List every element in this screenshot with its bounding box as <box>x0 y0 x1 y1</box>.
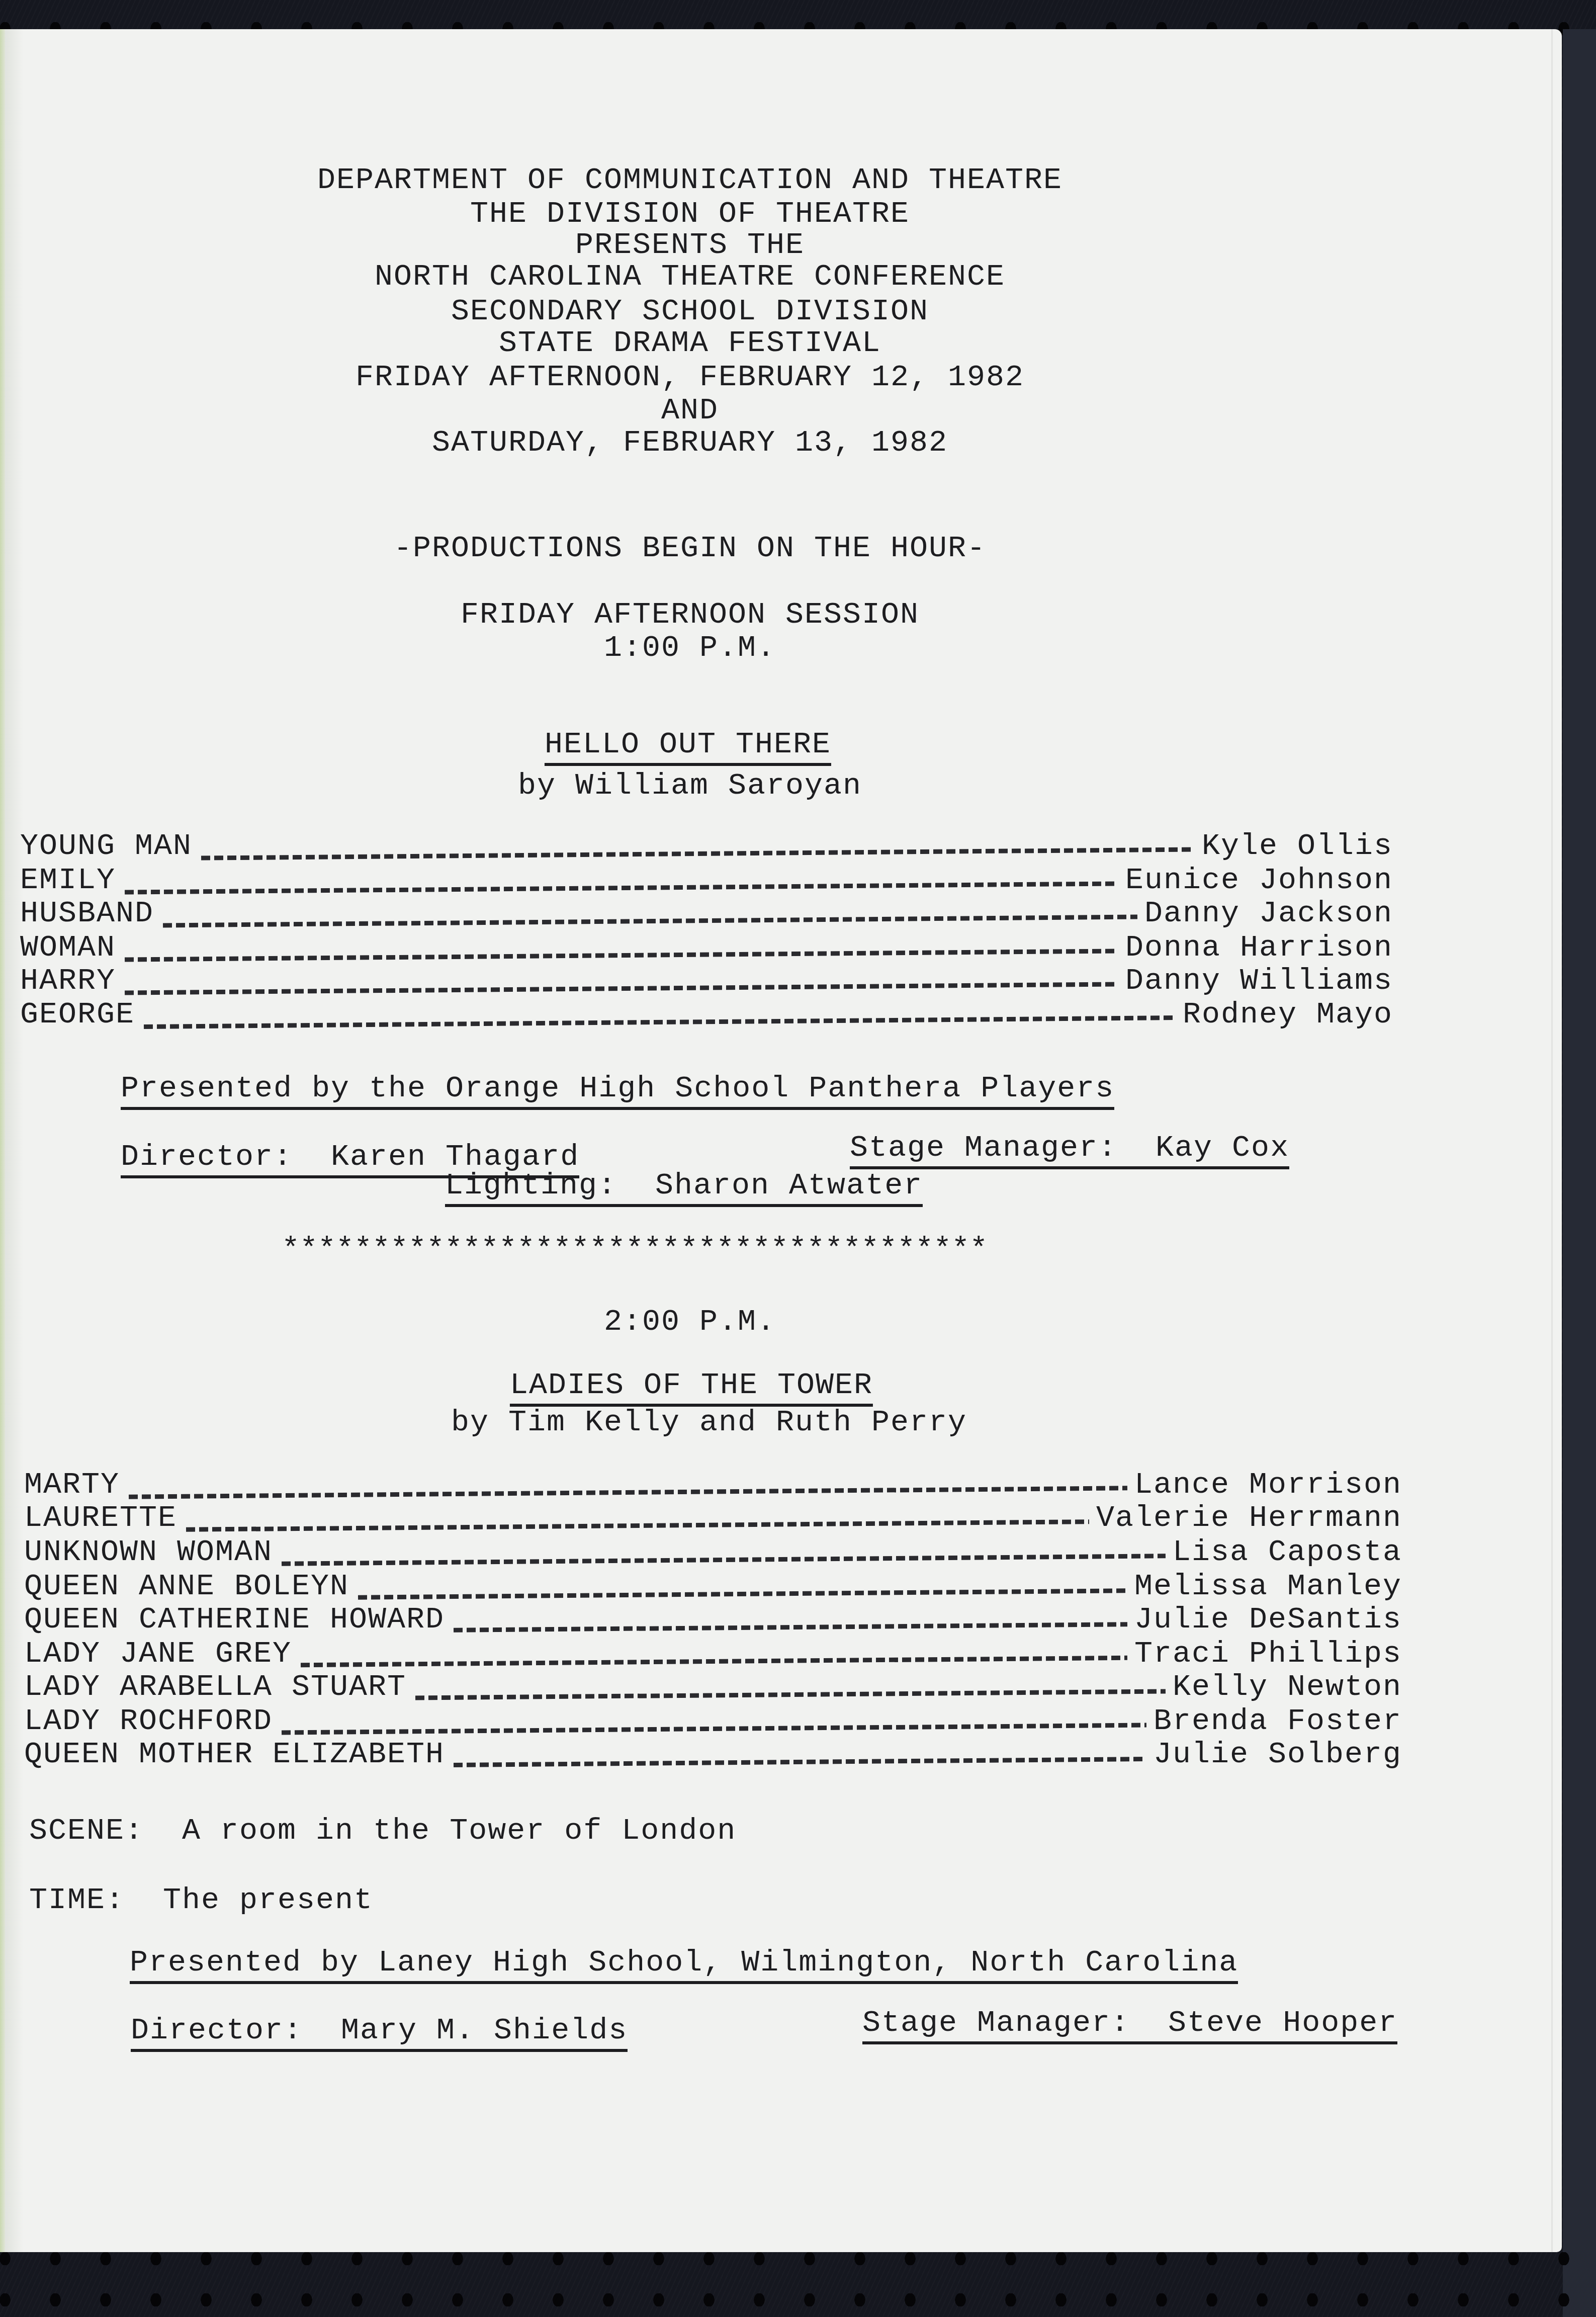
cast-actor: Eunice Johnson <box>1125 864 1393 897</box>
header-line-presents: PRESENTS THE <box>575 229 805 262</box>
cast-actor: Kelly Newton <box>1173 1671 1402 1704</box>
cast-actor: Rodney Mayo <box>1183 998 1393 1032</box>
leader-dots <box>454 1757 1146 1767</box>
play2-presented-by: Presented by Laney High School, Wilmingt… <box>130 1946 1238 1984</box>
cast-role: WOMAN <box>20 931 116 965</box>
session-heading: FRIDAY AFTERNOON SESSION <box>461 598 919 632</box>
cast-role: LADY ROCHFORD <box>24 1705 273 1738</box>
cast-actor: Brenda Foster <box>1154 1705 1402 1738</box>
cast-row: HARRY Danny Williams <box>20 965 1393 998</box>
play2-time-setting: TIME: The present <box>29 1884 373 1917</box>
page-rim <box>1551 29 1553 2252</box>
cast-actor: Lance Morrison <box>1134 1469 1402 1502</box>
cast-actor: Melissa Manley <box>1134 1570 1402 1603</box>
binder-holes-bottom <box>0 2252 1596 2265</box>
play2-author: by Tim Kelly and Ruth Perry <box>451 1406 967 1439</box>
leader-dots <box>125 949 1118 962</box>
cast-role: GEORGE <box>20 998 135 1032</box>
cast-actor: Donna Harrison <box>1125 931 1393 965</box>
header-line-and: AND <box>661 394 719 427</box>
leader-dots <box>358 1588 1127 1599</box>
cast-row: UNKNOWN WOMAN Lisa Caposta <box>24 1536 1402 1569</box>
leader-dots <box>144 1015 1176 1029</box>
cast-role: UNKNOWN WOMAN <box>24 1536 273 1569</box>
header-line-friday-date: FRIDAY AFTERNOON, FEBRUARY 12, 1982 <box>356 361 1024 394</box>
header-line-conference: NORTH CAROLINA THEATRE CONFERENCE <box>375 261 1005 294</box>
leader-dots <box>125 881 1118 894</box>
play1-title: HELLO OUT THERE <box>545 728 831 766</box>
leader-dots <box>163 915 1137 928</box>
cast-row: YOUNG MAN Kyle Ollis <box>20 830 1393 863</box>
cast-row: WOMAN Donna Harrison <box>20 931 1393 965</box>
section-separator: *************************************** <box>282 1233 988 1266</box>
cast-row: LADY ROCHFORD Brenda Foster <box>24 1705 1402 1738</box>
header-line-division: THE DIVISION OF THEATRE <box>470 198 910 231</box>
cast-row: GEORGE Rodney Mayo <box>20 998 1393 1032</box>
header-line-festival: STATE DRAMA FESTIVAL <box>499 327 881 360</box>
cast-role: LADY ARABELLA STUART <box>24 1671 406 1704</box>
cast-actor: Lisa Caposta <box>1173 1536 1402 1569</box>
cast-role: YOUNG MAN <box>20 830 192 863</box>
cast-actor: Julie Solberg <box>1154 1738 1402 1771</box>
leader-dots <box>201 847 1195 860</box>
cast-role: QUEEN ANNE BOLEYN <box>24 1570 349 1603</box>
binder-spine <box>1563 29 1596 2317</box>
cast-role: QUEEN MOTHER ELIZABETH <box>24 1738 445 1771</box>
header-line-secondary: SECONDARY SCHOOL DIVISION <box>451 295 929 328</box>
cast-row: QUEEN CATHERINE HOWARD Julie DeSantis <box>24 1603 1402 1637</box>
leader-dots <box>415 1689 1166 1700</box>
header-line-saturday-date: SATURDAY, FEBRUARY 13, 1982 <box>432 426 948 460</box>
page-left-edge <box>0 29 5 2252</box>
cast-row: HUSBAND Danny Jackson <box>20 897 1393 930</box>
leader-dots <box>129 1486 1127 1499</box>
leader-dots <box>125 982 1118 995</box>
productions-notice: -PRODUCTIONS BEGIN ON THE HOUR- <box>394 532 986 565</box>
cast-row: LADY JANE GREY Traci Phillips <box>24 1638 1402 1671</box>
cast-role: LADY JANE GREY <box>24 1638 292 1671</box>
cast-row: LADY ARABELLA STUART Kelly Newton <box>24 1671 1402 1704</box>
cast-row: LAURETTE Valerie Herrmann <box>24 1502 1402 1535</box>
cast-role: HUSBAND <box>20 897 154 930</box>
leader-dots <box>282 1554 1166 1566</box>
header-line-department: DEPARTMENT OF COMMUNICATION AND THEATRE <box>317 164 1062 197</box>
play1-author: by William Saroyan <box>518 769 862 803</box>
play1-stage-manager: Stage Manager: Kay Cox <box>850 1131 1289 1169</box>
leader-dots <box>301 1656 1127 1667</box>
play2-stage-manager: Stage Manager: Steve Hooper <box>862 2006 1397 2044</box>
cast-actor: Julie DeSantis <box>1134 1603 1402 1637</box>
cast-actor: Danny Williams <box>1125 965 1393 998</box>
page-shadow <box>5 29 23 2252</box>
cast-row: EMILY Eunice Johnson <box>20 864 1393 897</box>
cast-actor: Danny Jackson <box>1144 897 1393 930</box>
play1-presented-by: Presented by the Orange High School Pant… <box>121 1072 1114 1110</box>
play2-director: Director: Mary M. Shields <box>131 2014 628 2052</box>
cast-role: QUEEN CATHERINE HOWARD <box>24 1603 445 1637</box>
cast-row: MARTY Lance Morrison <box>24 1469 1402 1502</box>
play2-time: 2:00 P.M. <box>604 1306 776 1339</box>
cast-role: LAURETTE <box>24 1502 177 1535</box>
leader-dots <box>282 1723 1146 1735</box>
leader-dots <box>186 1519 1089 1532</box>
cast-role: MARTY <box>24 1469 120 1502</box>
play1-time: 1:00 P.M. <box>604 632 776 665</box>
binder-holes-bottom-row2 <box>0 2293 1596 2306</box>
leader-dots <box>454 1622 1127 1633</box>
cast-row: QUEEN MOTHER ELIZABETH Julie Solberg <box>24 1738 1402 1771</box>
cast-row: QUEEN ANNE BOLEYN Melissa Manley <box>24 1570 1402 1603</box>
cast-role: HARRY <box>20 965 116 998</box>
play2-title: LADIES OF THE TOWER <box>510 1368 873 1407</box>
play2-scene: SCENE: A room in the Tower of London <box>29 1815 736 1848</box>
cast-actor: Traci Phillips <box>1134 1638 1402 1671</box>
cast-role: EMILY <box>20 864 116 897</box>
cast-actor: Kyle Ollis <box>1202 830 1393 863</box>
cast-actor: Valerie Herrmann <box>1096 1502 1402 1535</box>
play1-lighting: Lighting: Sharon Atwater <box>445 1169 923 1207</box>
